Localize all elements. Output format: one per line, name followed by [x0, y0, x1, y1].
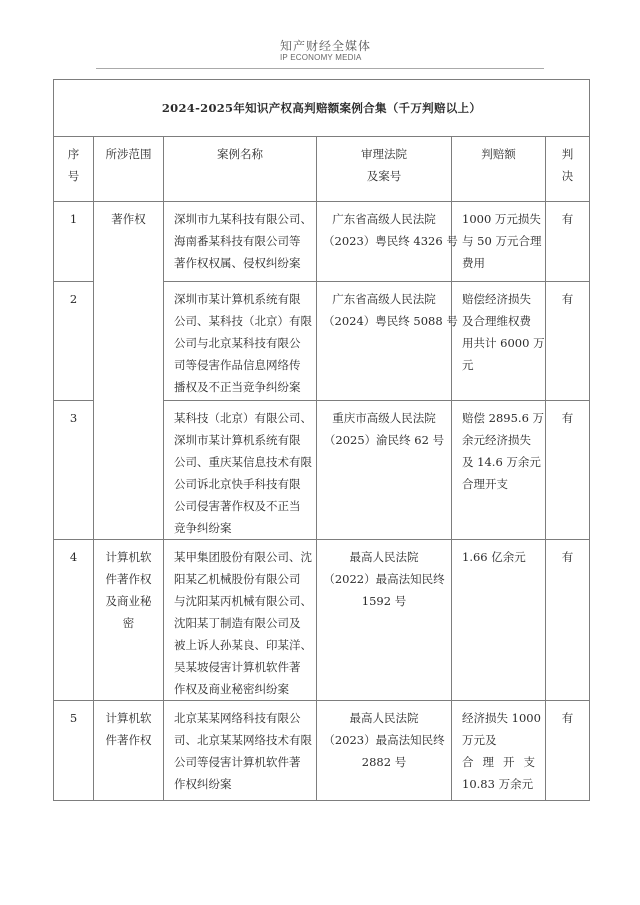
header-divider	[96, 68, 544, 69]
cell-no: 4	[54, 540, 94, 701]
cell-scope: 著作权	[94, 202, 164, 540]
cell-case-name: 北京某某网络科技有限公 司、北京某某网络技术有限 公司等侵害计算机软件著 作权纠…	[164, 701, 317, 801]
cell-amount: 1.66 亿余元	[452, 540, 546, 701]
cases-table: 2024-2025年知识产权高判赔额案例合集（千万判赔以上） 序 号 所涉范围 …	[53, 79, 590, 801]
cell-result: 有	[546, 401, 590, 540]
cell-court: 最高人民法院 （2022）最高法知民终 1592 号	[317, 540, 452, 701]
cell-amount: 赔偿 2895.6 万 余元经济损失 及 14.6 万余元 合理开支	[452, 401, 546, 540]
cell-result: 有	[546, 701, 590, 801]
cell-amount: 赔偿经济损失 及合理维权费 用共计 6000 万 元	[452, 282, 546, 401]
header-court: 审理法院 及案号	[317, 137, 452, 202]
cell-court: 广东省高级人民法院 （2024）粤民终 5088 号	[317, 282, 452, 401]
brand-name-en: IP ECONOMY MEDIA	[280, 53, 371, 63]
cell-case-name: 某科技（北京）有限公司、 深圳市某计算机系统有限 公司、重庆某信息技术有限 公司…	[164, 401, 317, 540]
header-case-name: 案例名称	[164, 137, 317, 202]
cell-result: 有	[546, 540, 590, 701]
table-title: 2024-2025年知识产权高判赔额案例合集（千万判赔以上）	[54, 80, 590, 137]
cell-court: 重庆市高级人民法院 （2025）渝民终 62 号	[317, 401, 452, 540]
header-amount: 判赔额	[452, 137, 546, 202]
cell-result: 有	[546, 202, 590, 282]
cell-amount: 1000 万元损失 与 50 万元合理 费用	[452, 202, 546, 282]
cell-result: 有	[546, 282, 590, 401]
cell-court: 最高人民法院 （2023）最高法知民终 2882 号	[317, 701, 452, 801]
cell-scope: 计算机软 件著作权 及商业秘 密	[94, 540, 164, 701]
cell-no: 1	[54, 202, 94, 282]
header-result: 判 决	[546, 137, 590, 202]
cell-amount: 经济损失 1000 万元及 合理开支 10.83 万余元	[452, 701, 546, 801]
header-no: 序 号	[54, 137, 94, 202]
table-row: 4 计算机软 件著作权 及商业秘 密 某甲集团股份有限公司、沈 阳某乙机械股份有…	[54, 540, 590, 701]
header-scope: 所涉范围	[94, 137, 164, 202]
cell-case-name: 深圳市九某科技有限公司、 海南番某科技有限公司等 著作权权属、侵权纠纷案	[164, 202, 317, 282]
cell-no: 3	[54, 401, 94, 540]
brand-logo: 知产财经全媒体 IP ECONOMY MEDIA	[280, 40, 371, 63]
table-row: 1 著作权 深圳市九某科技有限公司、 海南番某科技有限公司等 著作权权属、侵权纠…	[54, 202, 590, 282]
cell-no: 5	[54, 701, 94, 801]
cell-case-name: 某甲集团股份有限公司、沈 阳某乙机械股份有限公司 与沈阳某丙机械有限公司、 沈阳…	[164, 540, 317, 701]
brand-name-cn: 知产财经全媒体	[280, 40, 371, 53]
table-row: 5 计算机软 件著作权 北京某某网络科技有限公 司、北京某某网络技术有限 公司等…	[54, 701, 590, 801]
cell-scope: 计算机软 件著作权	[94, 701, 164, 801]
cell-court: 广东省高级人民法院 （2023）粤民终 4326 号	[317, 202, 452, 282]
cell-case-name: 深圳市某计算机系统有限 公司、某科技（北京）有限 公司与北京某科技有限公 司等侵…	[164, 282, 317, 401]
table-header-row: 序 号 所涉范围 案例名称 审理法院 及案号 判赔额 判 决	[54, 137, 590, 202]
cell-no: 2	[54, 282, 94, 401]
